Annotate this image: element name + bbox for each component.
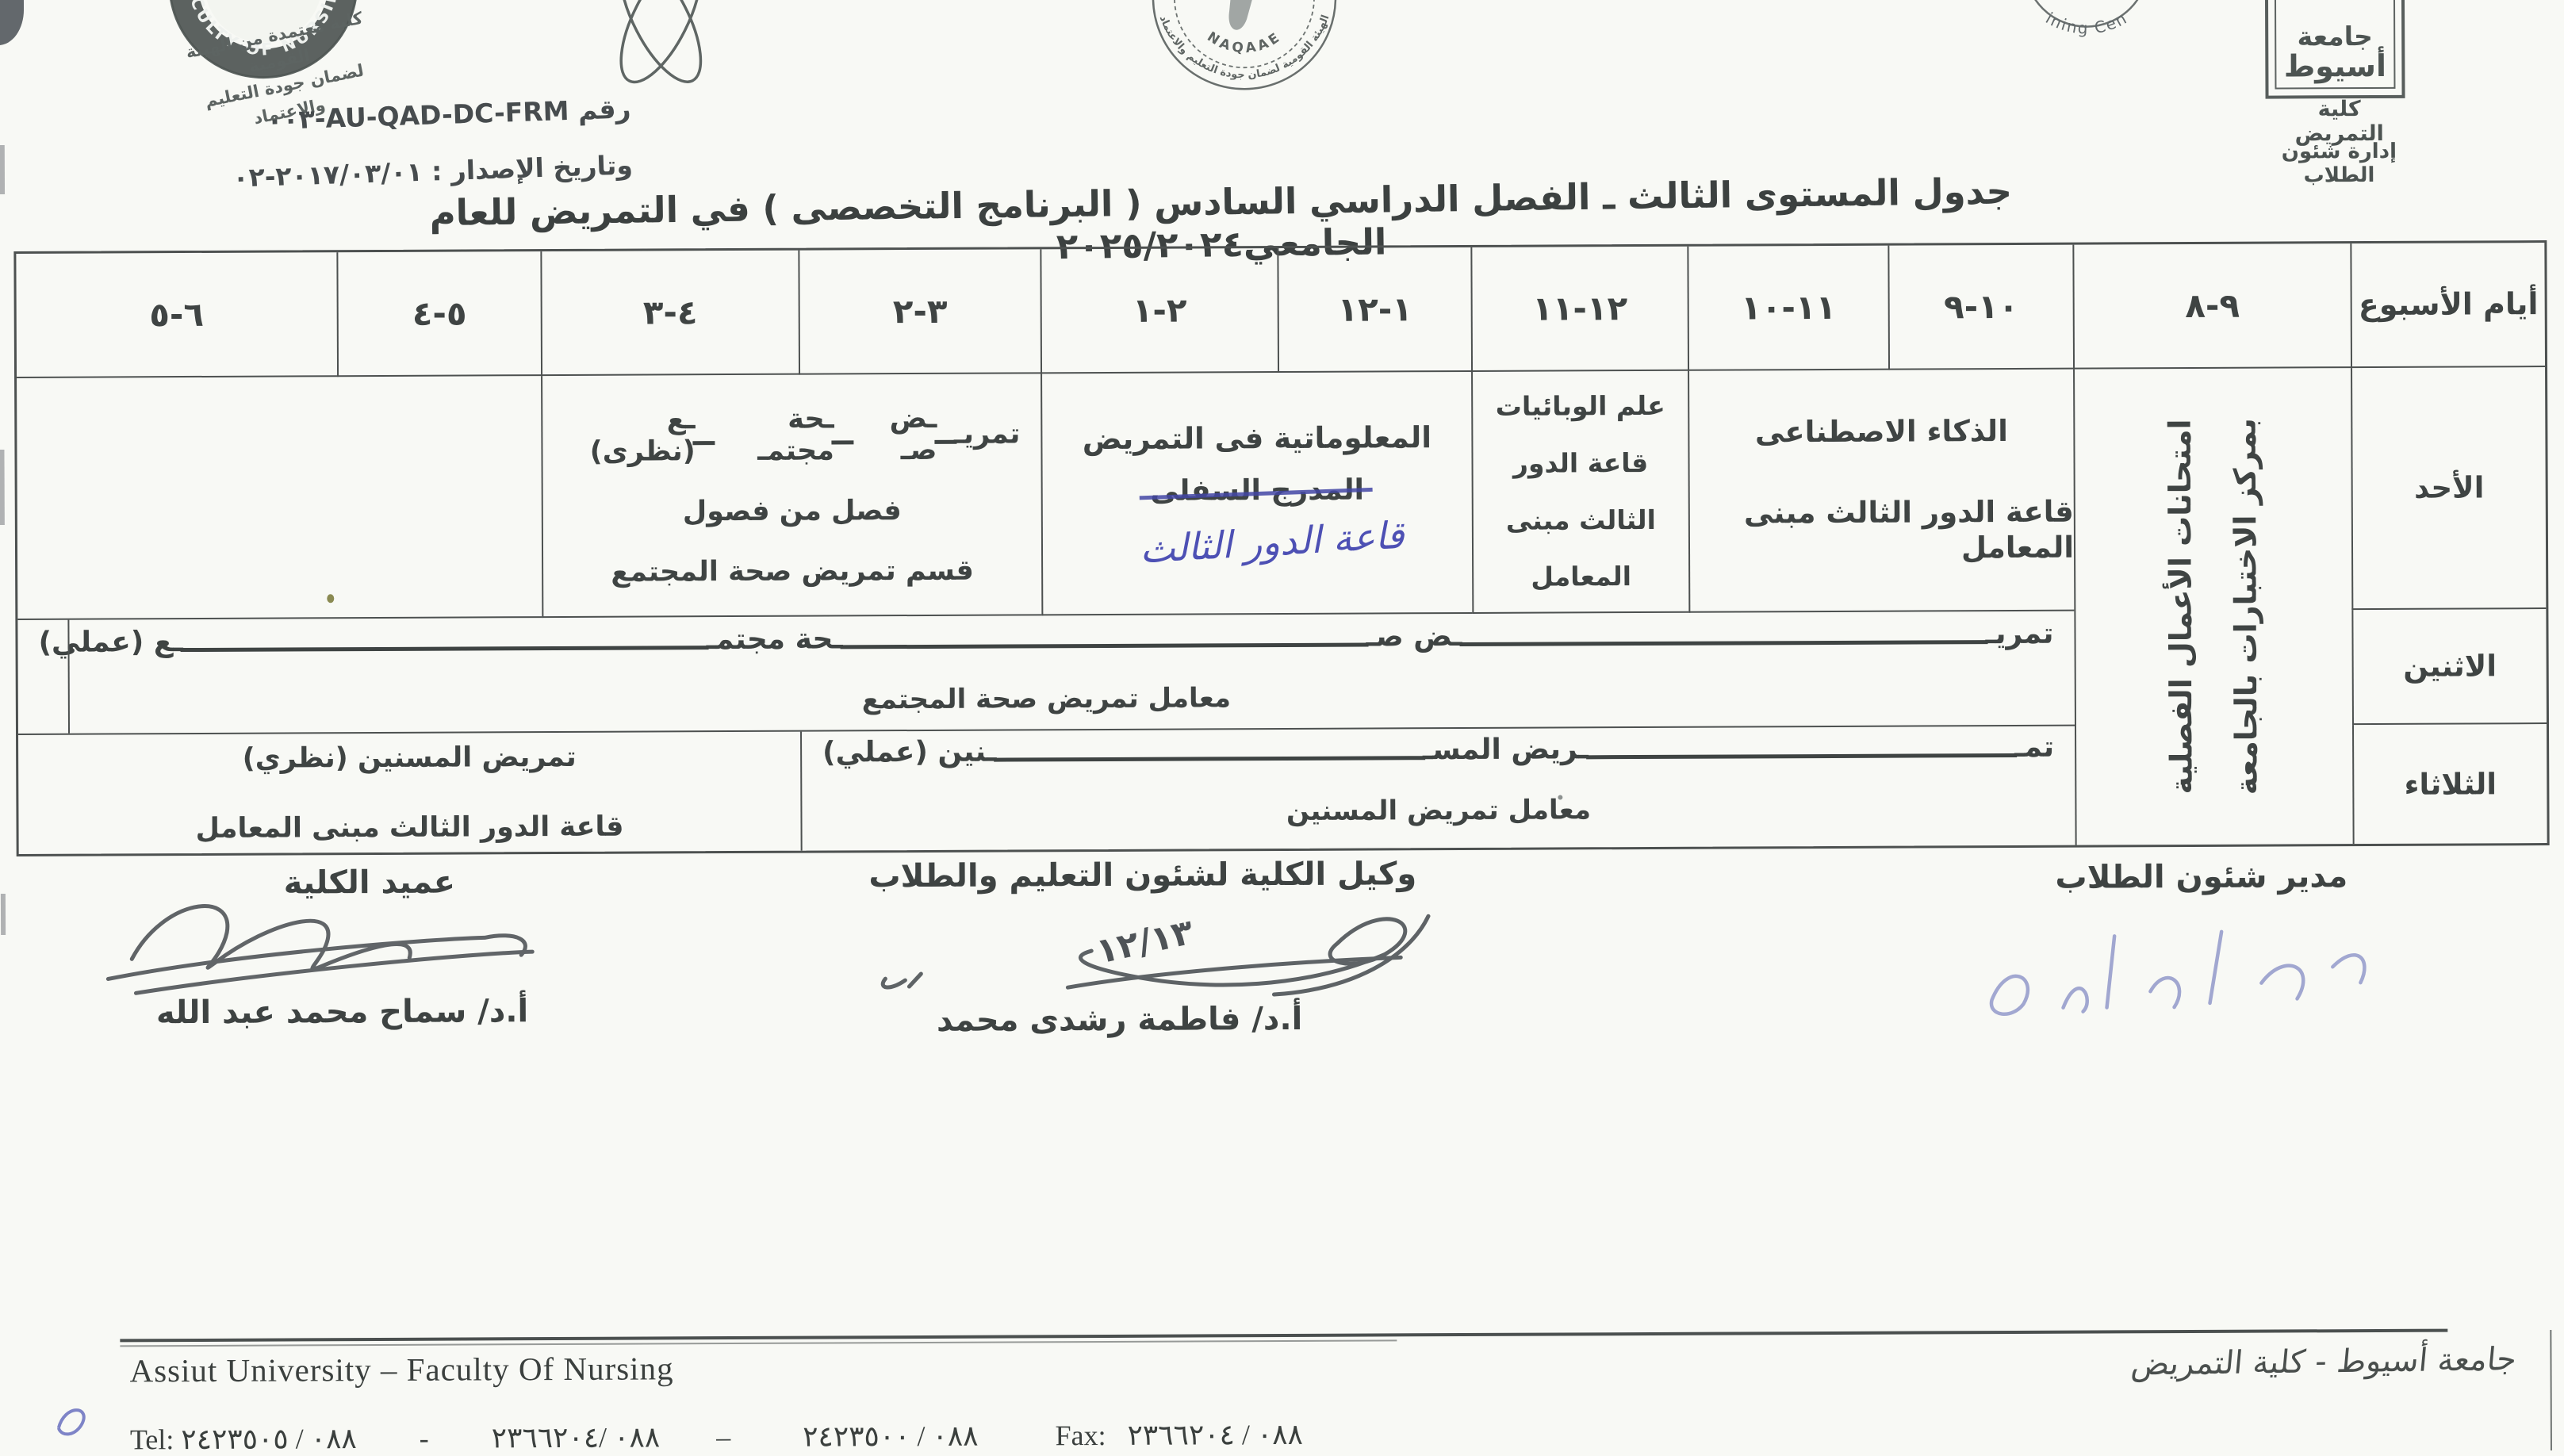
naqaae-seal: الهيئة القومية لضمان جودة التعليم والاعت…	[1137, 0, 1352, 102]
geriatric-theory-room: قاعة الدور الثالث مبنى المعامل	[195, 810, 623, 845]
scan-artifact-edge	[1, 894, 6, 935]
header-time-2-3: ٣-٢	[798, 249, 1041, 374]
fax-number: ٠٨٨ / ٢٣٦٦٢٠٤	[1127, 1419, 1303, 1451]
cell-sunday-empty	[17, 376, 542, 620]
blue-ink-mark	[49, 1394, 105, 1442]
cell-sunday-epidemiology: علم الوبائيات قاعة الدور الثالث مبنى الم…	[1471, 371, 1688, 614]
logo-text-line2: أسيوط	[2284, 51, 2386, 82]
kashida-line	[934, 440, 956, 444]
ai-course-room: قاعة الدور الثالث مبنى المعامل	[1690, 495, 2074, 567]
vice-dean-name: أ.د/ فاطمة رشدى محمد	[894, 1001, 1346, 1039]
tel-separator-2: -	[420, 1423, 429, 1454]
naqaae-eagle-blob	[1228, 0, 1260, 30]
student-affairs-dept-label: إدارة شئون الطلاب	[2250, 140, 2428, 188]
epi-line3: الثالث مبنى	[1506, 491, 1656, 549]
midterm-exams-vertical-text: امتحانات الأعمال الفصلية بمركز الاختبارا…	[2148, 378, 2279, 835]
community-theory-title-stretched: تمريـ ـض صـ ـحة مجتمـ ـع (نظرى)	[542, 402, 1041, 468]
kashida-line	[693, 441, 715, 445]
exams-line2: بمركز الاختبارات بالجامعة	[2213, 378, 2279, 834]
cell-tuesday-geriatric-theory: تمريض المسنين (نظري) قاعة الدور الثالث م…	[18, 732, 801, 854]
geriatric-practical-title-stretched: تمـ ـريض المسـ ـنين (عملي)	[802, 731, 2075, 769]
kashida-line	[841, 643, 1369, 649]
cell-sunday-community-theory: تمريـ ـض صـ ـحة مجتمـ ـع (نظرى) فصل من ف…	[541, 374, 1041, 618]
footer-contact-line: Tel: ٠٨٨ / ٢٤٢٣٥٠٠ – ٠٨٨ /٢٣٦٦٢٠٤ - ٠٨٨ …	[130, 1418, 1303, 1456]
kashida-line	[1586, 753, 2017, 759]
vice-dean-signature: ١٢/١٣	[830, 894, 1473, 1008]
kashida-line	[832, 440, 854, 444]
cell-sunday-artificial-intelligence: الذكاء الاصطناعى قاعة الدور الثالث مبنى …	[1688, 370, 2074, 613]
header-time-9-10: ١٠-٩	[1888, 245, 2073, 370]
kashida-line	[1460, 640, 1988, 646]
day-sunday: الأحد	[2351, 367, 2546, 610]
header-time-8-9: ٩-٨	[2072, 243, 2351, 370]
tel-number-3: ٠٨٨ / ٢٤٢٣٥٠٥	[181, 1423, 357, 1455]
epi-line1: علم الوبائيات	[1496, 377, 1665, 435]
dean-name: أ.د/ سماح محمد عبد الله	[116, 993, 568, 1031]
geriatric-theory-title: تمريض المسنين (نظري)	[243, 741, 577, 776]
footer-university-name-ar: جامعة أسيوط - كلية التمريض	[2129, 1341, 2518, 1382]
tel-separator-1: –	[716, 1421, 730, 1453]
kashida-line	[181, 646, 709, 652]
header-time-10-11: ١١-١٠	[1687, 246, 1888, 371]
university-logo-inner: جامعة أسيوط	[2275, 0, 2396, 90]
kashida-line	[995, 756, 1425, 761]
cell-monday-community-practical: تمريـ ـض صـ ـحة مجتمـ ـع (عملي) معامل تم…	[17, 611, 2075, 735]
scan-speck	[1558, 795, 1562, 799]
header-days: أيام الأسبوع	[2350, 243, 2545, 368]
student-affairs-director-title: مدير شئون الطلاب	[2015, 858, 2388, 896]
header-time-1-2: ٢-١	[1040, 248, 1278, 374]
dean-signature	[88, 881, 715, 1002]
scan-artifact-edge	[0, 450, 5, 525]
informatics-handwritten-room: قاعة الدور الثالث	[1138, 514, 1405, 573]
community-practical-title-stretched: تمريـ ـض صـ ـحة مجتمـ ـع (عملي)	[17, 618, 2074, 659]
training-center-stamp: ining Cen	[1995, 0, 2179, 50]
training-center-text: ining Cen	[2042, 8, 2131, 38]
tel-number-2: ٠٨٨ /٢٣٦٦٢٠٤	[492, 1421, 661, 1454]
header-time-12-1: ١-١٢	[1277, 247, 1471, 373]
community-theory-line3: قسم تمريض صحة المجتمع	[611, 554, 974, 588]
cell-tuesday-geriatric-practical: تمـ ـريض المسـ ـنين (عملي) معامل تمريض ا…	[800, 726, 2075, 851]
exams-line1: امتحانات الأعمال الفصلية	[2148, 378, 2214, 834]
fax-label: Fax:	[1055, 1420, 1106, 1451]
cell-midterm-exams-vertical: امتحانات الأعمال الفصلية بمركز الاختبارا…	[2073, 368, 2353, 845]
student-affairs-signature	[1928, 903, 2389, 1036]
schedule-table: أيام الأسبوع ٩-٨ ١٠-٩ ١١-١٠ ١٢-١١ ١-١٢ ٢…	[13, 240, 2549, 856]
informatics-course-title: المعلوماتية فى التمريض	[1083, 420, 1431, 456]
tel-label: Tel:	[130, 1423, 174, 1455]
naqaae-latin-text: NAQAAE	[1204, 29, 1285, 57]
footer-university-name-en: Assiut University – Faculty Of Nursing	[129, 1349, 673, 1389]
header-time-3-4: ٤-٣	[540, 251, 799, 376]
header-time-4-5: ٥-٤	[336, 251, 541, 377]
page-edge-line	[2550, 1330, 2552, 1450]
header-time-5-6: ٦-٥	[16, 252, 337, 378]
geriatric-practical-room: معامل تمريض المسنين	[1286, 794, 1591, 827]
vice-sig-handwritten-date: ١٢/١٣	[1093, 912, 1198, 972]
community-practical-room: معامل تمريض صحة المجتمع	[862, 682, 1232, 715]
vice-dean-title: وكيل الكلية لشئون التعليم والطلاب	[837, 856, 1448, 895]
ai-course-title: الذكاء الاصطناعى	[1755, 414, 2008, 450]
scan-artifact-edge	[0, 145, 5, 194]
epi-line2: قاعة الدور	[1513, 435, 1649, 492]
cell-sunday-informatics: المعلوماتية فى التمريض المدرج السفلى قاع…	[1041, 372, 1472, 615]
day-tuesday: الثلاثاء	[2352, 724, 2547, 844]
community-theory-line2: فصل من فصول	[683, 495, 902, 527]
day-monday: الاثنين	[2351, 609, 2547, 725]
university-logo: جامعة أسيوط	[2265, 0, 2405, 99]
scanned-schedule-sheet: FACULTY OF NURSING كلية معتمدة من الهيئة…	[0, 0, 2564, 1456]
header-time-11-12: ١٢-١١	[1470, 247, 1688, 372]
epi-line4: المعامل	[1531, 549, 1631, 606]
informatics-cancelled-room: المدرج السفلى	[1150, 474, 1364, 508]
scan-speck	[327, 594, 334, 603]
scan-artifact-corner	[0, 0, 24, 45]
logo-text-line1: جامعة	[2298, 23, 2373, 51]
tel-number-1: ٠٨٨ / ٢٤٢٣٥٠٠	[803, 1420, 979, 1453]
